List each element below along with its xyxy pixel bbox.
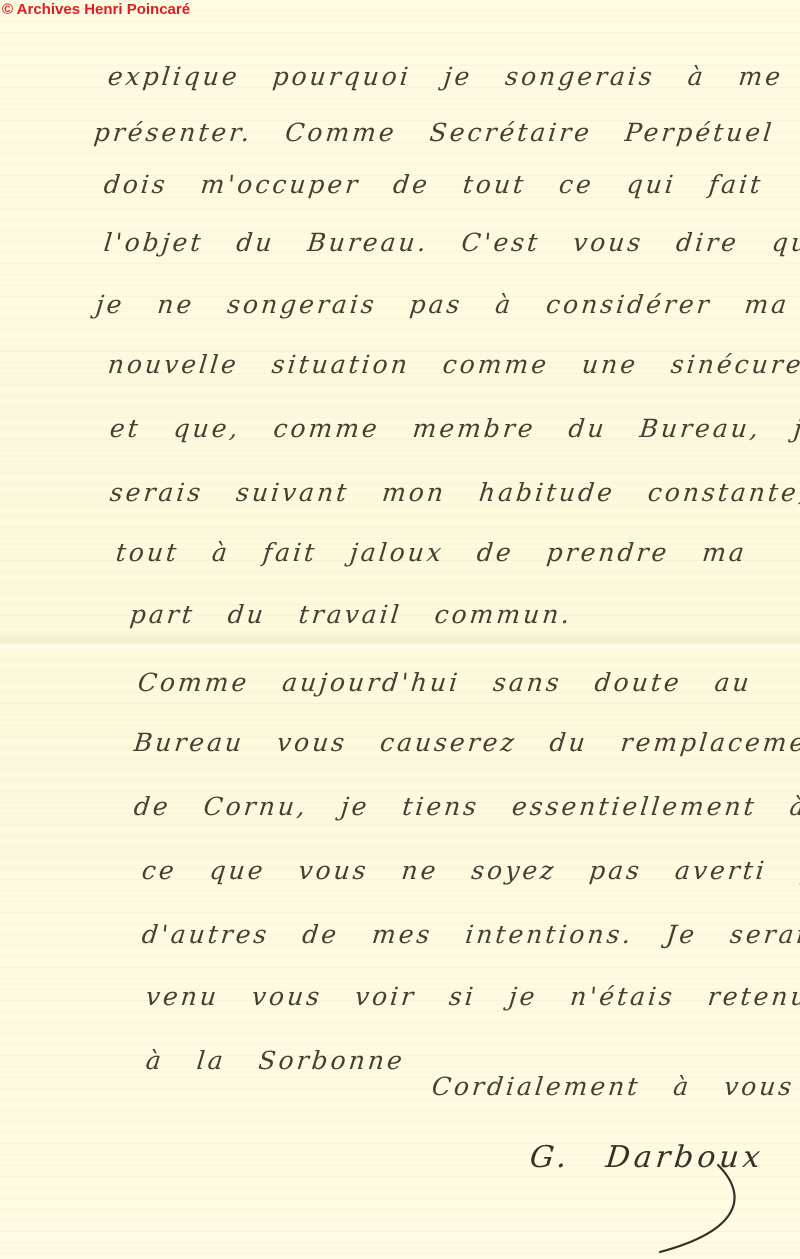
signature-flourish-icon <box>0 0 800 1259</box>
